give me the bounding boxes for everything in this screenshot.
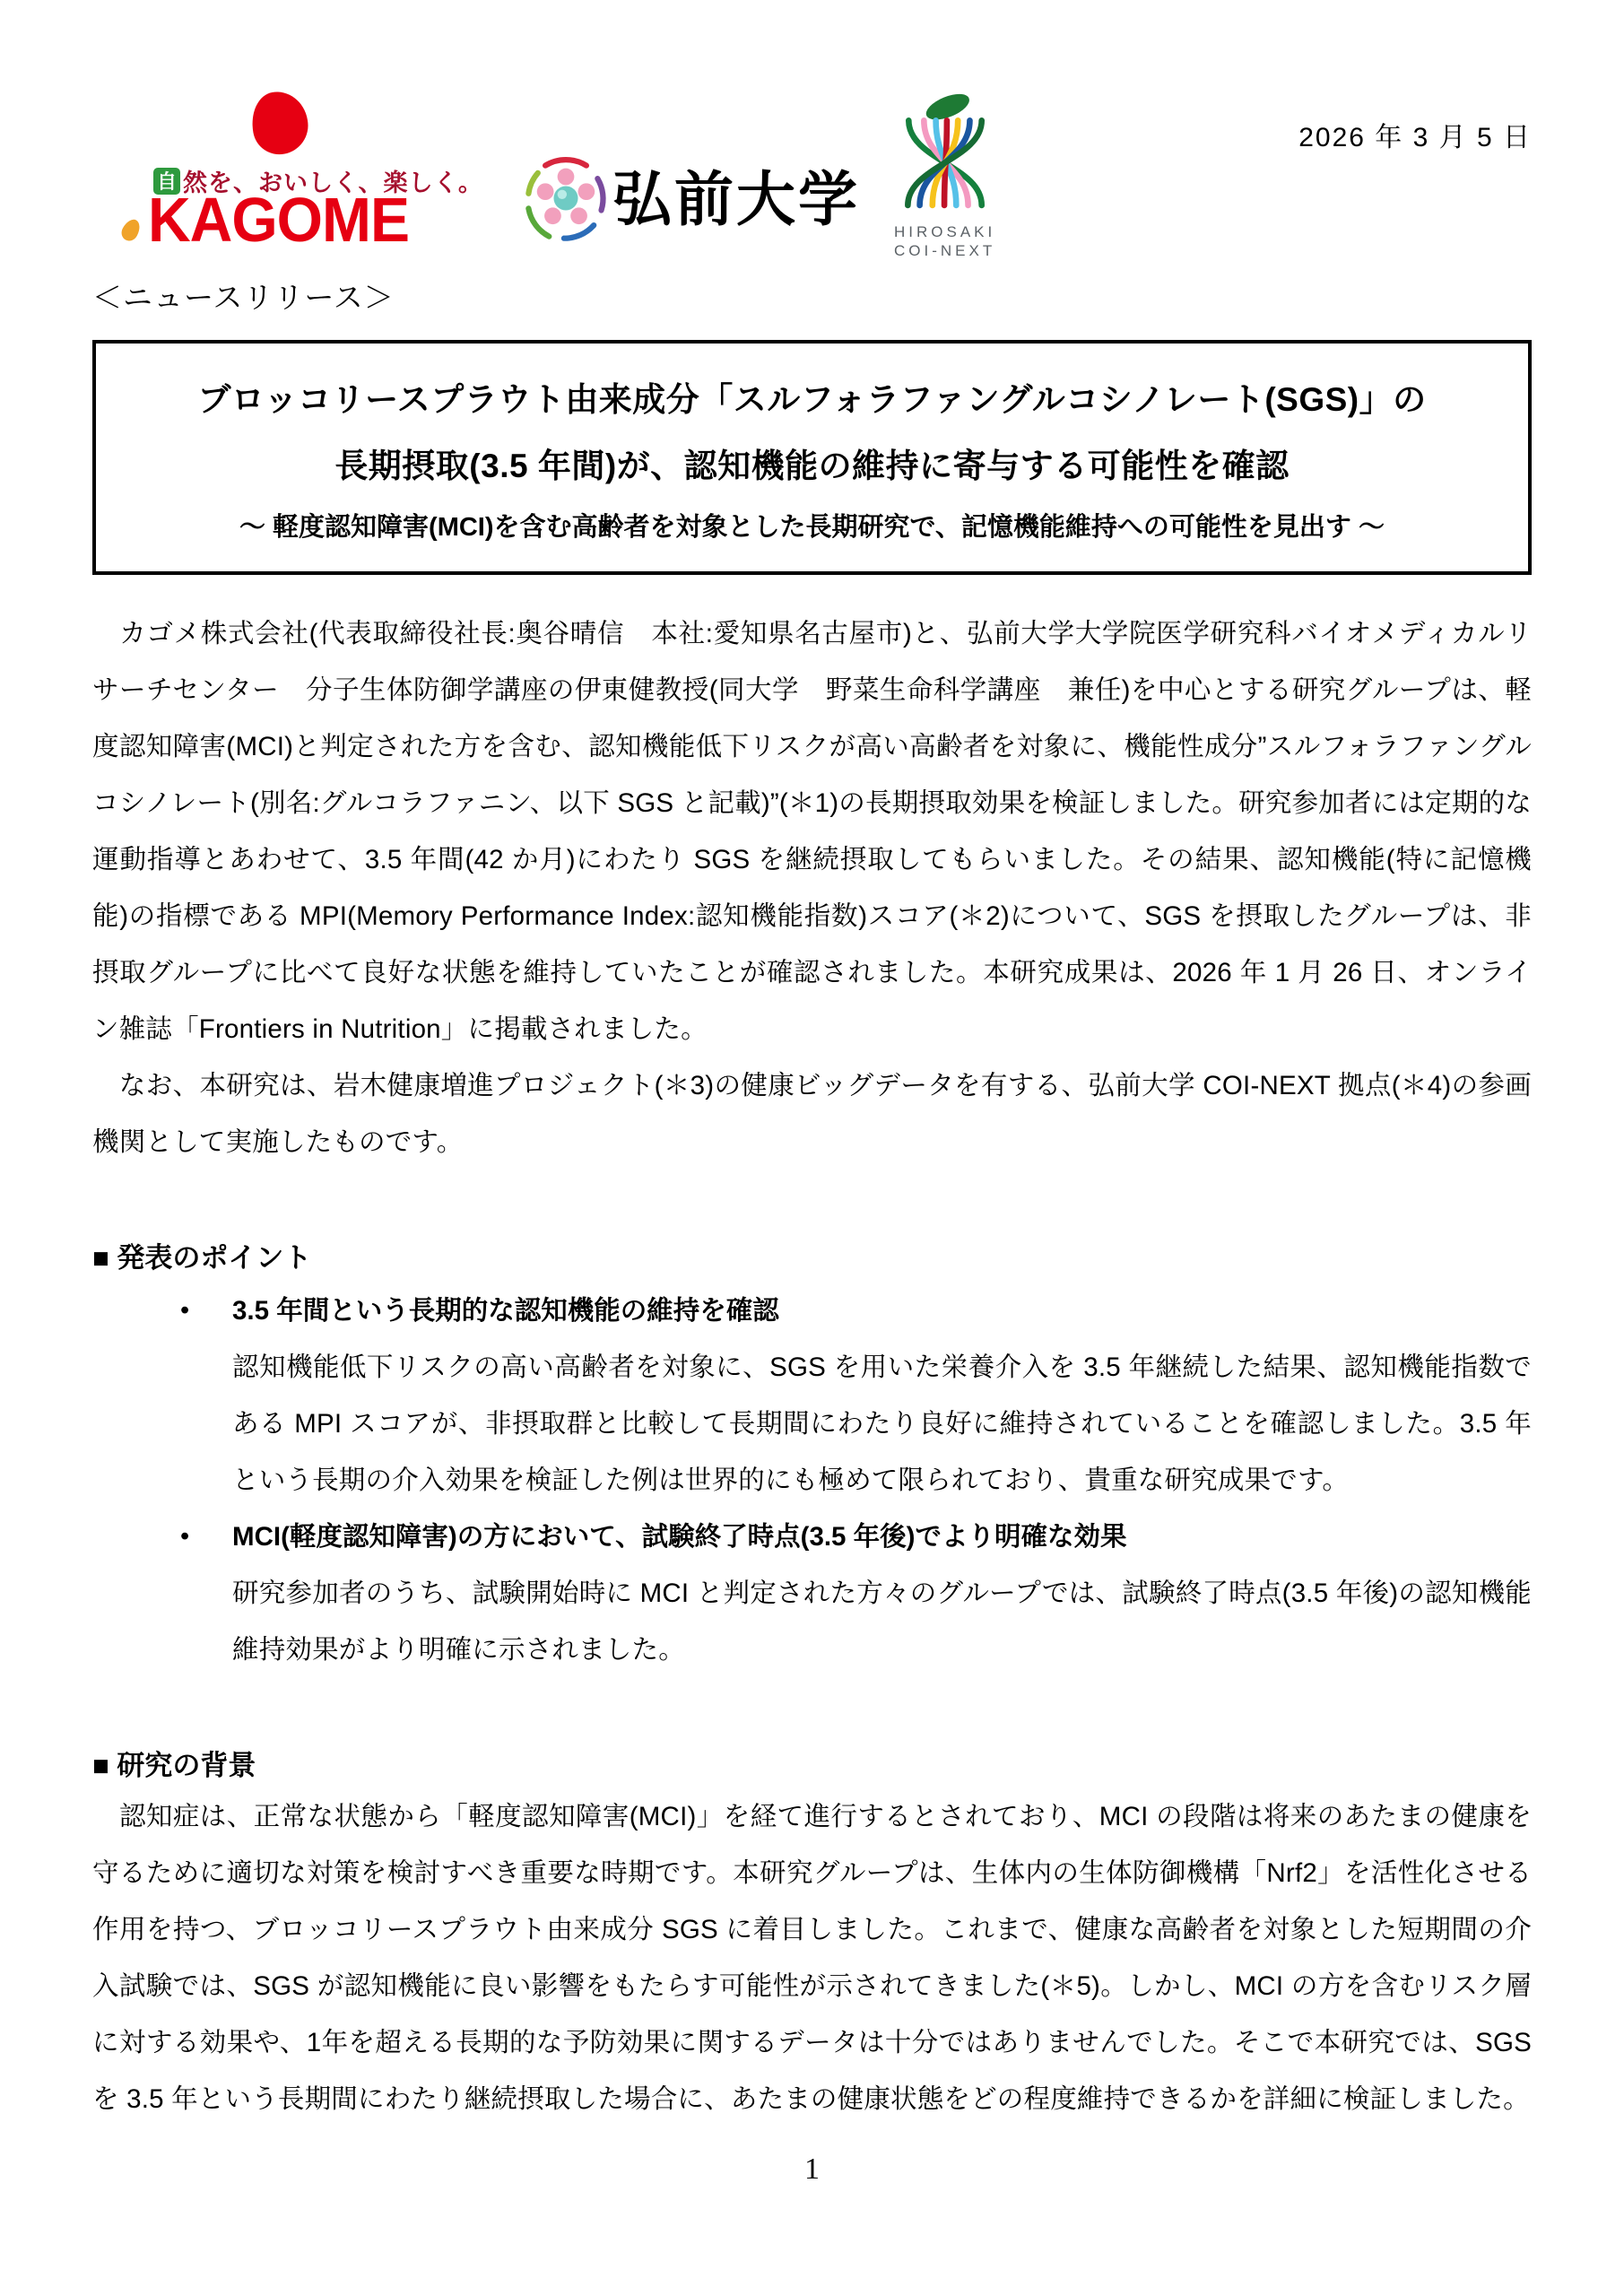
tomato-icon [247, 87, 312, 159]
background-heading: ■ 研究の背景 [92, 1743, 1532, 1783]
header: 自 然を、おいしく、楽しく。 KAGOME [92, 0, 1532, 260]
hirosaki-university-logo: 弘前大学 [519, 152, 860, 260]
page-number: 1 [0, 2152, 1624, 2187]
title-line-1: ブロッコリースプラウト由来成分「スルフォラファングルコシノレート(SGS)」の [103, 367, 1521, 433]
point-item-2: • MCI(軽度認知障害)の方において、試験終了時点(3.5 年後)でより明確な… [180, 1509, 1532, 1678]
points-heading: ■ 発表のポイント [92, 1235, 1532, 1275]
bullet-icon: • [180, 1283, 232, 1339]
point-2-title: MCI(軽度認知障害)の方において、試験終了時点(3.5 年後)でより明確な効果 [232, 1509, 1532, 1565]
point-2-body: 研究参加者のうち、試験開始時に MCI と判定された方々のグループでは、試験終了… [232, 1565, 1532, 1678]
press-release-page: 自 然を、おいしく、楽しく。 KAGOME [0, 0, 1624, 2296]
bullet-icon: • [180, 1509, 232, 1565]
hirosaki-university-name: 弘前大学 [612, 170, 860, 229]
title-subtitle: ～ 軽度認知障害(MCI)を含む高齢者を対象とした長期研究で、記憶機能維持への可… [103, 500, 1521, 555]
kagome-wordmark: KAGOME [148, 188, 409, 250]
bean-icon [118, 216, 143, 244]
point-item-1: • 3.5 年間という長期的な認知機能の維持を確認 認知機能低下リスクの高い高齢… [180, 1283, 1532, 1509]
coi-next-label: HIROSAKI COI-NEXT [894, 222, 995, 261]
news-release-label: ＜ニュースリリース＞ [92, 274, 1532, 317]
hirosaki-university-emblem-icon [519, 152, 612, 246]
title-box: ブロッコリースプラウト由来成分「スルフォラファングルコシノレート(SGS)」の … [92, 340, 1532, 575]
point-1-title: 3.5 年間という長期的な認知機能の維持を確認 [232, 1283, 1532, 1339]
coi-next-label-line1: HIROSAKI [894, 222, 995, 241]
kagome-logo: 自 然を、おいしく、楽しく。 KAGOME [92, 93, 514, 260]
lead-paragraph-2: なお、本研究は、岩木健康増進プロジェクト(＊3)の健康ビッグデータを有する、弘前… [92, 1057, 1532, 1170]
lead-paragraph-1: カゴメ株式会社(代表取締役社長:奥谷晴信 本社:愛知県名古屋市)と、弘前大学大学… [92, 605, 1532, 1057]
points-list: • 3.5 年間という長期的な認知機能の維持を確認 認知機能低下リスクの高い高齢… [92, 1283, 1532, 1678]
background-body: 認知症は、正常な状態から「軽度認知障害(MCI)」を経て進行するとされており、M… [92, 1788, 1532, 2127]
kagome-wordmark-row: KAGOME [148, 190, 409, 249]
coi-next-logo: HIROSAKI COI-NEXT [890, 93, 1000, 261]
point-1-body: 認知機能低下リスクの高い高齢者を対象に、SGS を用いた栄養介入を 3.5 年継… [232, 1339, 1532, 1509]
coi-next-label-line2: COI-NEXT [894, 241, 995, 260]
title-line-2: 長期摂取(3.5 年間)が、認知機能の維持に寄与する可能性を確認 [103, 433, 1521, 500]
coi-next-emblem-icon [890, 93, 1000, 221]
document-date: 2026 年 3 月 5 日 [1298, 115, 1532, 154]
